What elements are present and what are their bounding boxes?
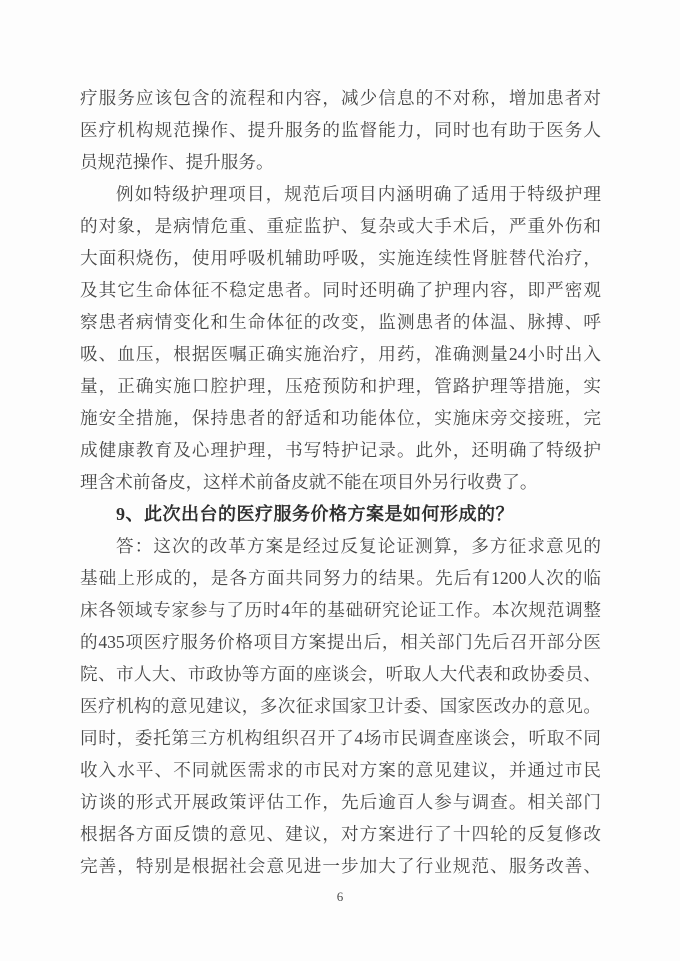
paragraph: 疗服务应该包含的流程和内容，减少信息的不对称，增加患者对医疗机构规范操作、提升服… [80,82,601,178]
question-heading: 9、此次出台的医疗服务价格方案是如何形成的？ [80,498,601,530]
text-line: 收入水平、不同就医需求的市民对方案的意见建议，并通过市民 [80,754,601,786]
text-line: 基础上形成的，是各方面共同努力的结果。先后有1200人次的临 [80,562,601,594]
text-line: 吸、血压，根据医嘱正确实施治疗，用药，准确测量24小时出入 [80,338,601,370]
document-body: 疗服务应该包含的流程和内容，减少信息的不对称，增加患者对医疗机构规范操作、提升服… [80,82,601,882]
text-line: 院、市人大、市政协等方面的座谈会，听取人大代表和政协委员、 [80,658,601,690]
text-line: 床各领域专家参与了历时4年的基础研究论证工作。本次规范调整 [80,594,601,626]
text-line: 员规范操作、提升服务。 [80,146,601,178]
paragraph: 例如特级护理项目，规范后项目内涵明确了适用于特级护理的对象，是病情危重、重症监护… [80,178,601,498]
page-number: 6 [0,886,680,908]
text-line: 同时，委托第三方机构组织召开了4场市民调查座谈会，听取不同 [80,722,601,754]
text-line: 例如特级护理项目，规范后项目内涵明确了适用于特级护理 [80,178,601,210]
text-line: 的对象，是病情危重、重症监护、复杂或大手术后，严重外伤和 [80,210,601,242]
text-line: 根据各方面反馈的意见、建议，对方案进行了十四轮的反复修改 [80,818,601,850]
text-line: 及其它生命体征不稳定患者。同时还明确了护理内容，即严密观 [80,274,601,306]
text-line: 察患者病情变化和生命体征的改变，监测患者的体温、脉搏、呼 [80,306,601,338]
text-line: 答：这次的改革方案是经过反复论证测算，多方征求意见的 [80,530,601,562]
text-line: 完善，特别是根据社会意见进一步加大了行业规范、服务改善、 [80,850,601,882]
paragraph: 答：这次的改革方案是经过反复论证测算，多方征求意见的基础上形成的，是各方面共同努… [80,530,601,882]
text-line: 访谈的形式开展政策评估工作，先后逾百人参与调查。相关部门 [80,786,601,818]
text-line: 医疗机构的意见建议，多次征求国家卫计委、国家医改办的意见。 [80,690,601,722]
text-line: 疗服务应该包含的流程和内容，减少信息的不对称，增加患者对 [80,82,601,114]
text-line: 的435项医疗服务价格项目方案提出后，相关部门先后召开部分医 [80,626,601,658]
text-line: 理含术前备皮，这样术前备皮就不能在项目外另行收费了。 [80,466,601,498]
text-line: 量，正确实施口腔护理，压疮预防和护理，管路护理等措施，实 [80,370,601,402]
text-line: 大面积烧伤，使用呼吸机辅助呼吸，实施连续性肾脏替代治疗， [80,242,601,274]
document-page: 疗服务应该包含的流程和内容，减少信息的不对称，增加患者对医疗机构规范操作、提升服… [0,0,680,961]
text-line: 施安全措施，保持患者的舒适和功能体位，实施床旁交接班，完 [80,402,601,434]
text-line: 医疗机构规范操作、提升服务的监督能力，同时也有助于医务人 [80,114,601,146]
text-line: 9、此次出台的医疗服务价格方案是如何形成的？ [80,498,601,530]
text-line: 成健康教育及心理护理，书写特护记录。此外，还明确了特级护 [80,434,601,466]
